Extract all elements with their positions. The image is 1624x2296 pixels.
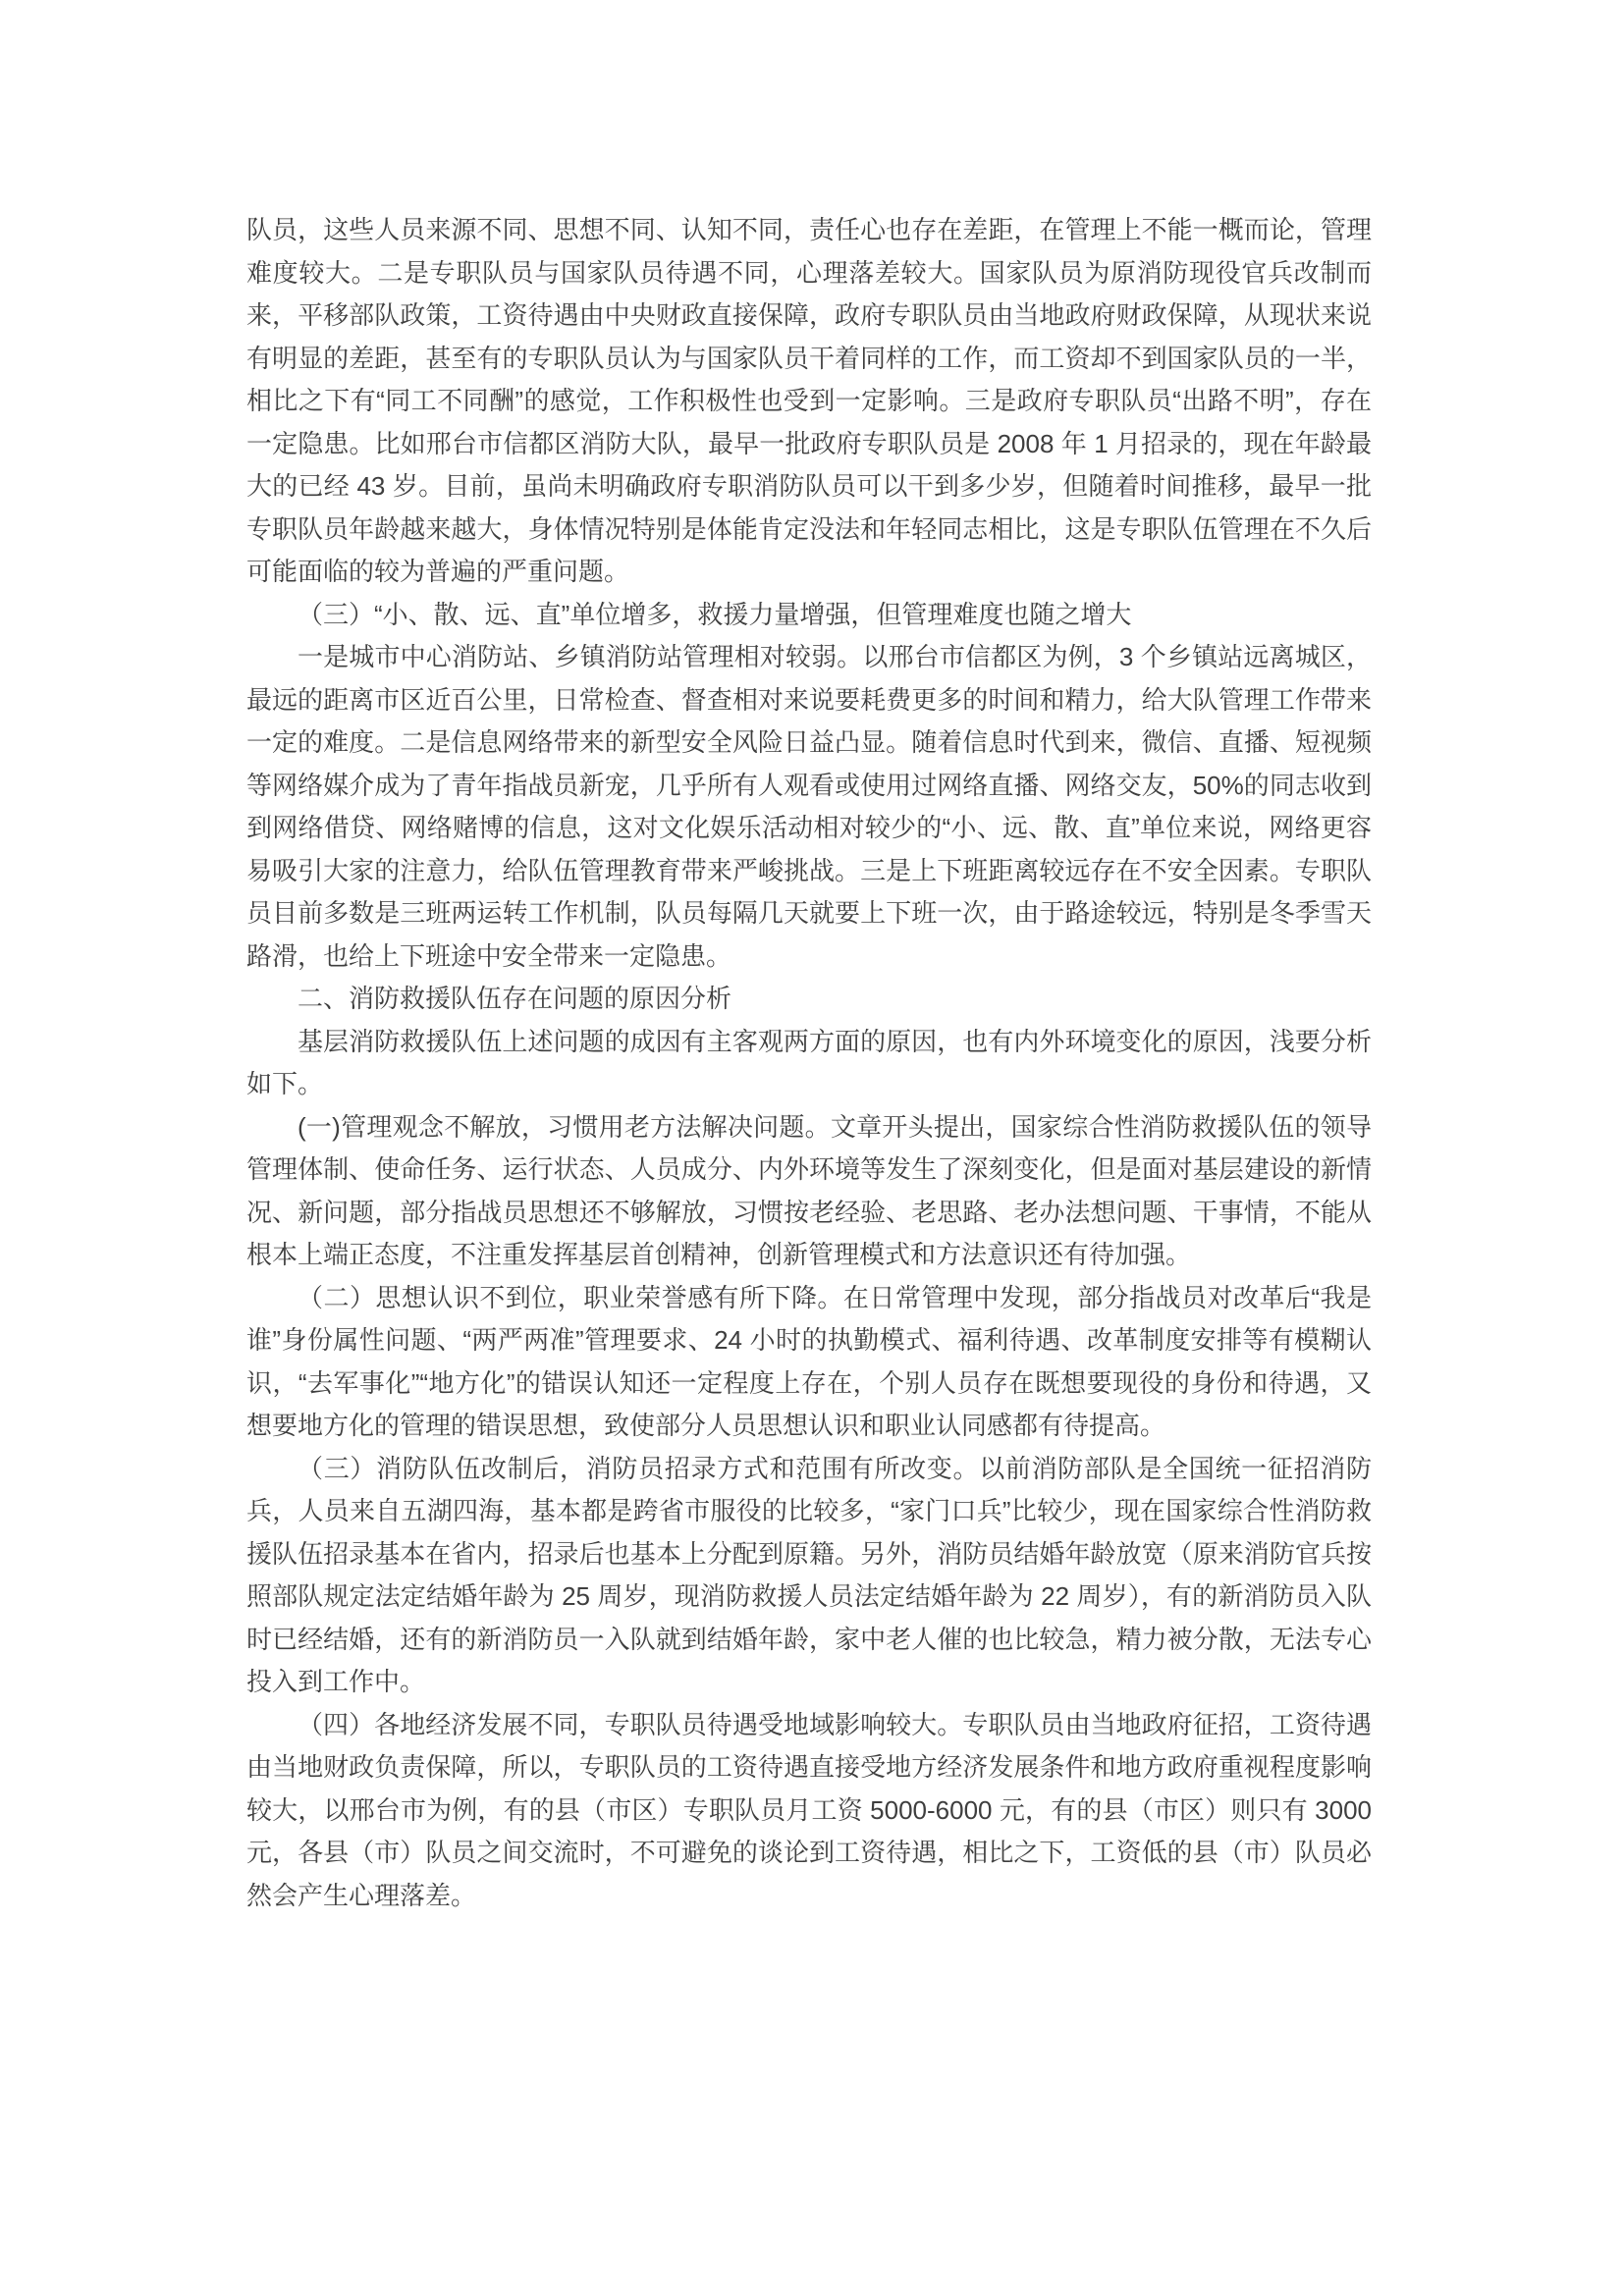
paragraph-section-heading-2: 二、消防救援队伍存在问题的原因分析 (246, 978, 1372, 1021)
paragraph-cause-1: (一)管理观念不解放，习惯用老方法解决问题。文章开头提出，国家综合性消防救援队伍… (246, 1106, 1372, 1277)
paragraph-body: 基层消防救援队伍上述问题的成因有主客观两方面的原因，也有内外环境变化的原因，浅要… (246, 1021, 1372, 1106)
document-page: 队员，这些人员来源不同、思想不同、认知不同，责任心也存在差距，在管理上不能一概而… (0, 0, 1624, 2296)
document-body: 队员，这些人员来源不同、思想不同、认知不同，责任心也存在差距，在管理上不能一概而… (246, 209, 1372, 1917)
paragraph-body: 一是城市中心消防站、乡镇消防站管理相对较弱。以邢台市信都区为例，3 个乡镇站远离… (246, 636, 1372, 978)
paragraph-cause-2: （二）思想认识不到位，职业荣誉感有所下降。在日常管理中发现，部分指战员对改革后“… (246, 1277, 1372, 1448)
paragraph-continuation: 队员，这些人员来源不同、思想不同、认知不同，责任心也存在差距，在管理上不能一概而… (246, 209, 1372, 594)
paragraph-cause-4: （四）各地经济发展不同，专职队员待遇受地域影响较大。专职队员由当地政府征招，工资… (246, 1704, 1372, 1918)
paragraph-subheading-3: （三）“小、散、远、直”单位增多，救援力量增强，但管理难度也随之增大 (246, 594, 1372, 637)
paragraph-cause-3: （三）消防队伍改制后，消防员招录方式和范围有所改变。以前消防部队是全国统一征招消… (246, 1448, 1372, 1704)
